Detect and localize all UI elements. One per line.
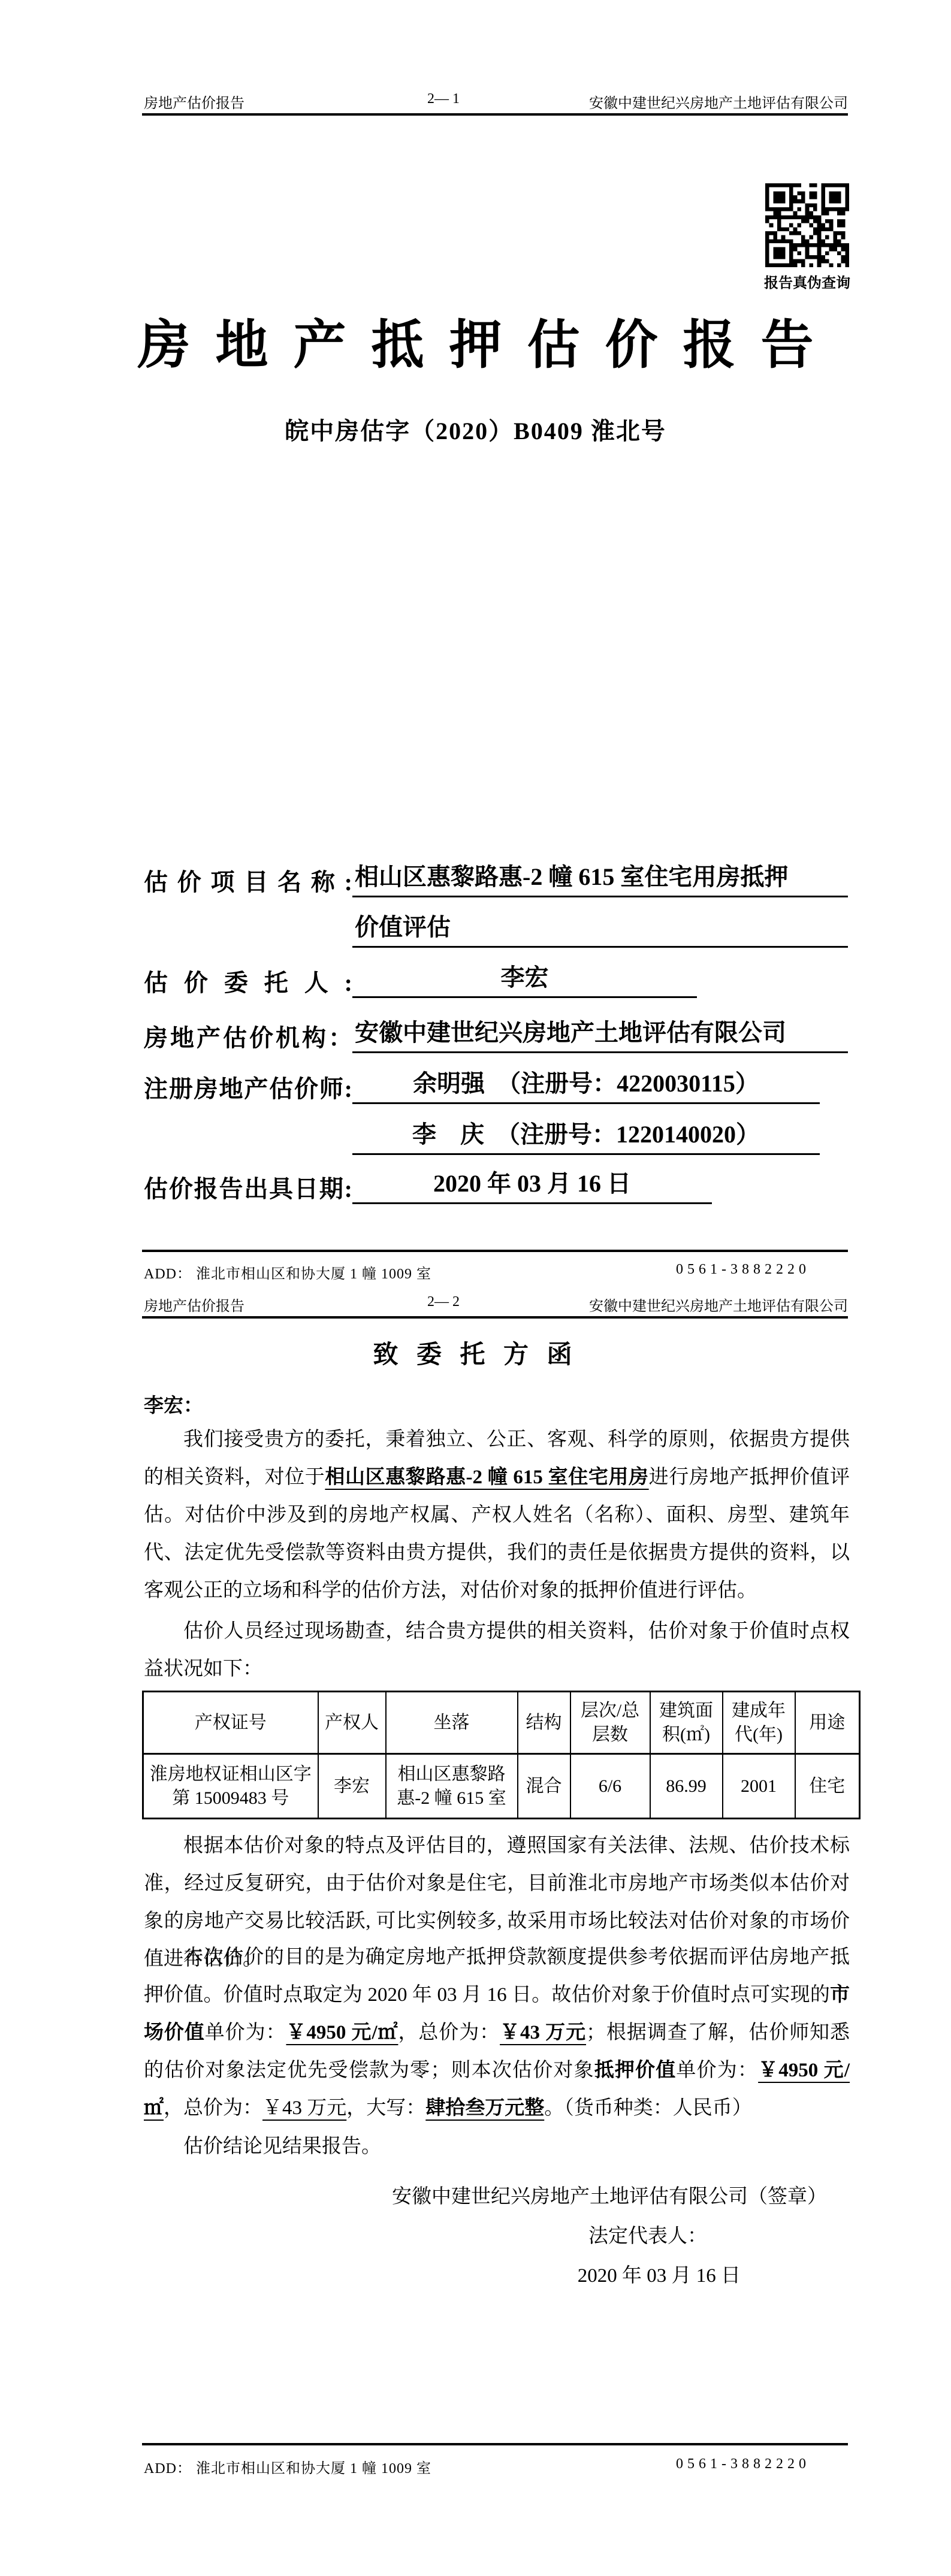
field-report-date: 估价报告出具日期: 2020 年 03 月 16 日 — [144, 1165, 712, 1204]
field-project-name-line2: 价值评估 — [352, 908, 848, 948]
field-value: 相山区惠黎路惠-2 幢 615 室住宅用房抵押 — [352, 858, 848, 897]
page2-header-rule — [142, 1316, 848, 1319]
col-area: 建筑面 积(㎡) — [650, 1692, 723, 1754]
text-run: ，大写： — [346, 2097, 425, 2119]
cell-cert-no: 淮房地权证相山区字 第 15009483 号 — [143, 1754, 318, 1819]
text-run: 单价为： — [676, 2060, 758, 2081]
page2-footer-rule — [142, 2443, 848, 2445]
footer-phone: 0561-3882220 — [676, 2456, 810, 2472]
page1-header-rule — [142, 113, 848, 116]
header-company-name: 安徽中建世纪兴房地产土地评估有限公司 — [589, 1294, 848, 1315]
col-location: 坐落 — [386, 1692, 518, 1754]
footer-phone: 0561-3882220 — [676, 1262, 810, 1278]
signature-company: 安徽中建世纪兴房地产土地评估有限公司（签章） — [144, 2181, 827, 2209]
footer-address: ADD： 淮北市相山区和协大厦 1 幢 1009 室 — [144, 2456, 431, 2477]
cell-structure: 混合 — [518, 1754, 570, 1819]
cell-owner: 李宏 — [318, 1754, 386, 1819]
col-use: 用途 — [795, 1692, 860, 1754]
paragraph-conclusion: 估价结论见结果报告。 — [144, 2128, 850, 2166]
field-agency: 房地产估价机构： 安徽中建世纪兴房地产土地评估有限公司 — [144, 1014, 848, 1053]
text-run: ，总价为： — [164, 2097, 262, 2119]
field-label: 估价委托人: — [144, 964, 352, 998]
field-value: 2020 年 03 月 16 日 — [352, 1165, 712, 1204]
text-run: 。（货币种类：人民币） — [544, 2097, 752, 2119]
field-label: 估价项目名称: — [144, 863, 352, 897]
signature-legal-rep: 法定代表人： — [144, 2220, 707, 2248]
text-run: 估价人员经过现场勘查，结合贵方提供的相关资料，估价对象于价值时点权益状况如下： — [144, 1620, 850, 1680]
text-run: ￥43 万元 — [262, 2097, 346, 2119]
page2-header: 房地产估价报告 2— 2 安徽中建世纪兴房地产土地评估有限公司 — [144, 1294, 848, 1312]
report-title: 房地产抵押估价报告 — [0, 303, 951, 379]
header-page-number: 2— 1 — [396, 91, 491, 107]
field-value: 李宏 — [352, 959, 697, 998]
report-number: 皖中房估字（2020）B0409 淮北号 — [0, 412, 951, 446]
cell-area: 86.99 — [650, 1754, 723, 1819]
field-appraiser-1: 注册房地产估价师: 余明强 （注册号：4220030115） — [144, 1065, 820, 1104]
cell-floor: 6/6 — [570, 1754, 650, 1819]
header-doc-type: 房地产估价报告 — [144, 1294, 244, 1315]
text-run: 本次估价的目的是为确定房地产抵押贷款额度提供参考依据而评估房地产抵押价值。价值时… — [144, 1946, 850, 2006]
col-owner: 产权人 — [318, 1692, 386, 1754]
text-run: ￥4950 元/㎡ — [286, 2022, 398, 2043]
table-header-row: 产权证号 产权人 坐落 结构 层次/总 层数 建筑面 积(㎡) 建成年 代(年)… — [143, 1692, 860, 1754]
page1-footer-rule — [142, 1250, 848, 1252]
field-appraiser-2: 李 庆 （注册号：1220140020） — [352, 1115, 820, 1155]
col-year-built: 建成年 代(年) — [723, 1692, 795, 1754]
header-page-number: 2— 2 — [396, 1294, 491, 1310]
field-client: 估价委托人: 李宏 — [144, 959, 697, 998]
text-run: ，总价为： — [398, 2022, 500, 2043]
col-floor: 层次/总 层数 — [570, 1692, 650, 1754]
field-label: 注册房地产估价师: — [144, 1070, 352, 1104]
text-run: 单价为： — [205, 2022, 286, 2043]
paragraph-inspection: 估价人员经过现场勘查，结合贵方提供的相关资料，估价对象于价值时点权益状况如下： — [144, 1613, 850, 1688]
field-project-name: 估价项目名称: 相山区惠黎路惠-2 幢 615 室住宅用房抵押 — [144, 858, 848, 897]
page1-footer: ADD： 淮北市相山区和协大厦 1 幢 1009 室 0561-3882220 — [144, 1262, 848, 1281]
signature-date: 2020 年 03 月 16 日 — [144, 2260, 741, 2288]
header-company-name: 安徽中建世纪兴房地产土地评估有限公司 — [589, 91, 848, 112]
letter-title: 致 委 托 方 函 — [0, 1335, 951, 1371]
field-label: 房地产估价机构： — [144, 1019, 352, 1053]
cell-year-built: 2001 — [723, 1754, 795, 1819]
cell-location: 相山区惠黎路 惠-2 幢 615 室 — [386, 1754, 518, 1819]
page2-footer: ADD： 淮北市相山区和协大厦 1 幢 1009 室 0561-3882220 — [144, 2456, 848, 2475]
paragraph-intro: 我们接受贵方的委托，秉着独立、公正、客观、科学的原则，依据贵方提供的相关资料，对… — [144, 1421, 850, 1610]
report-document: 房地产估价报告 2— 1 安徽中建世纪兴房地产土地评估有限公司 报告真伪查询 房… — [0, 0, 951, 2576]
col-cert-no: 产权证号 — [143, 1692, 318, 1754]
text-run: 抵押价值 — [594, 2060, 677, 2081]
text-run: ￥43 万元 — [500, 2022, 586, 2043]
paragraph-valuation: 本次估价的目的是为确定房地产抵押贷款额度提供参考依据而评估房地产抵押价值。价值时… — [144, 1939, 850, 2127]
table-row: 淮房地权证相山区字 第 15009483 号 李宏 相山区惠黎路 惠-2 幢 6… — [143, 1754, 860, 1819]
qr-code — [765, 183, 849, 267]
footer-address: ADD： 淮北市相山区和协大厦 1 幢 1009 室 — [144, 1262, 431, 1283]
text-run: 肆拾叁万元整 — [425, 2097, 544, 2119]
col-structure: 结构 — [518, 1692, 570, 1754]
qr-caption: 报告真伪查询 — [750, 271, 864, 292]
field-value: 安徽中建世纪兴房地产土地评估有限公司 — [352, 1014, 848, 1053]
page1-header: 房地产估价报告 2— 1 安徽中建世纪兴房地产土地评估有限公司 — [144, 91, 848, 109]
text-run: 相山区惠黎路惠-2 幢 615 室住宅用房 — [325, 1467, 648, 1488]
text-run: 估价结论见结果报告。 — [183, 2136, 381, 2157]
salutation: 李宏： — [144, 1390, 203, 1418]
cell-use: 住宅 — [795, 1754, 860, 1819]
property-table: 产权证号 产权人 坐落 结构 层次/总 层数 建筑面 积(㎡) 建成年 代(年)… — [142, 1691, 861, 1819]
field-value: 余明强 （注册号：4220030115） — [352, 1065, 820, 1104]
header-doc-type: 房地产估价报告 — [144, 91, 244, 112]
field-label: 估价报告出具日期: — [144, 1170, 352, 1204]
